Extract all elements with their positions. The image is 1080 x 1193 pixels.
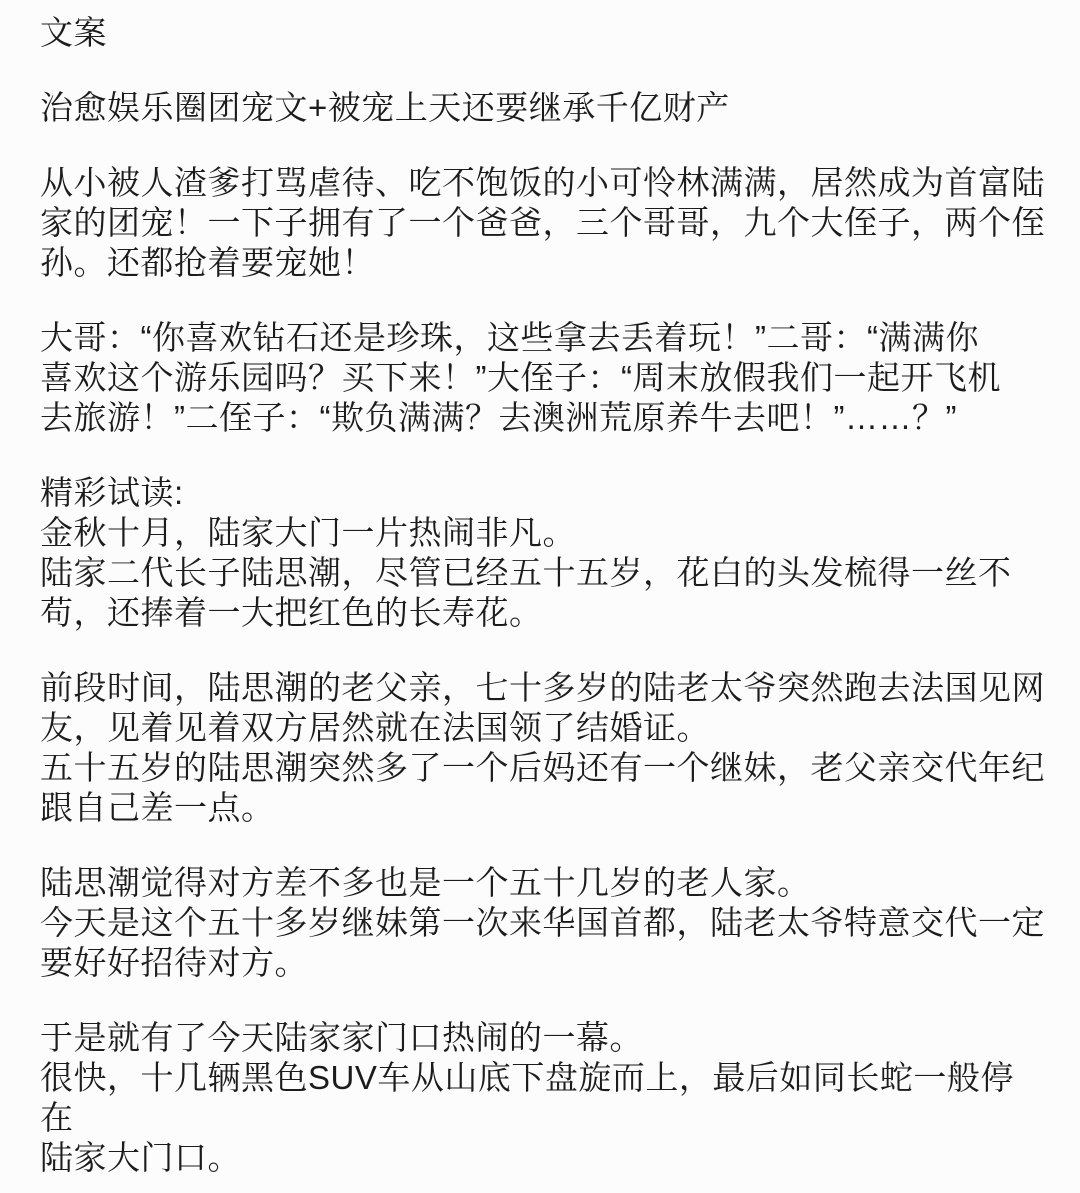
tagline: 治愈娱乐圈团宠文+被宠上天还要继承千亿财产 [40, 88, 1046, 128]
excerpt-paragraph-backstory: 前段时间，陆思潮的老父亲，七十多岁的陆老太爷突然跑去法国见网 友，见着见着双方居… [40, 668, 1046, 828]
page-title: 文案 [40, 13, 1046, 53]
excerpt-paragraph-expectation: 陆思潮觉得对方差不多也是一个五十几岁的老人家。 今天是这个五十多岁继妹第一次来华… [40, 863, 1046, 983]
excerpt-paragraph-arrival: 于是就有了今天陆家家门口热闹的一幕。 很快，十几辆黑色SUV车从山底下盘旋而上，… [40, 1018, 1046, 1178]
excerpt-heading-and-opening: 精彩试读: 金秋十月，陆家大门一片热闹非凡。 陆家二代长子陆思潮，尽管已经五十五… [40, 473, 1046, 633]
dialogue-paragraph: 大哥：“你喜欢钻石还是珍珠，这些拿去丢着玩！”二哥：“满满你 喜欢这个游乐园吗？… [40, 318, 1046, 438]
document-page: 文案 治愈娱乐圈团宠文+被宠上天还要继承千亿财产 从小被人渣爹打骂虐待、吃不饱饭… [0, 0, 1080, 1193]
synopsis-paragraph: 从小被人渣爹打骂虐待、吃不饱饭的小可怜林满满，居然成为首富陆 家的团宠！一下子拥… [40, 163, 1046, 283]
